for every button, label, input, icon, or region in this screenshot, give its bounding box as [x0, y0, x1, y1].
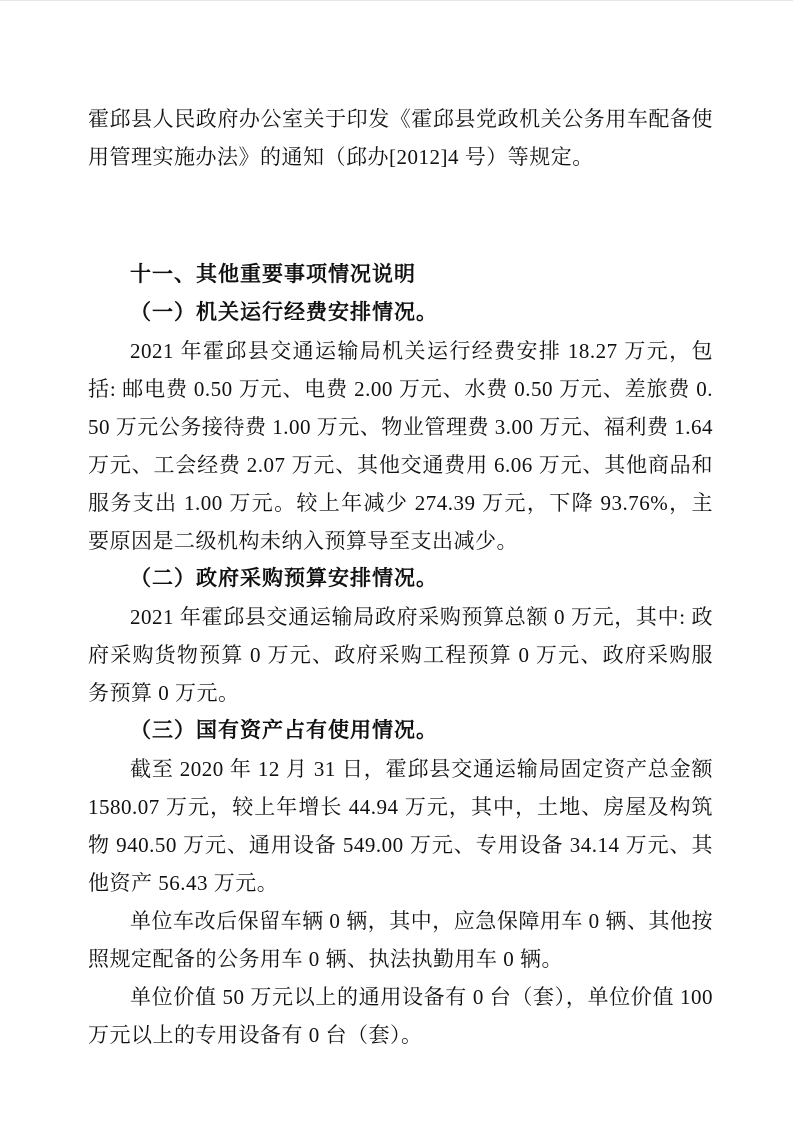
section-heading: （一）机关运行经费安排情况。 [88, 294, 713, 332]
document-page: 霍邱县人民政府办公室关于印发《霍邱县党政机关公务用车配备使用管理实施办法》的通知… [0, 0, 793, 1123]
body-paragraph: 2021 年霍邱县交通运输局政府采购预算总额 0 万元，其中: 政府采购货物预算… [88, 598, 713, 712]
blank-line [88, 197, 713, 235]
body-paragraph: 单位价值 50 万元以上的通用设备有 0 台（套），单位价值 100 万元以上的… [88, 978, 713, 1054]
section-heading: （三）国有资产占有使用情况。 [88, 712, 713, 750]
document-body: 霍邱县人民政府办公室关于印发《霍邱县党政机关公务用车配备使用管理实施办法》的通知… [88, 100, 713, 1054]
body-paragraph: 截至 2020 年 12 月 31 日，霍邱县交通运输局固定资产总金额 1580… [88, 750, 713, 902]
body-paragraph: 霍邱县人民政府办公室关于印发《霍邱县党政机关公务用车配备使用管理实施办法》的通知… [88, 100, 713, 176]
section-heading: 十一、其他重要事项情况说明 [88, 256, 713, 294]
body-paragraph: 单位车改后保留车辆 0 辆，其中，应急保障用车 0 辆、其他按照规定配备的公务用… [88, 902, 713, 978]
body-paragraph: 2021 年霍邱县交通运输局机关运行经费安排 18.27 万元，包括: 邮电费 … [88, 332, 713, 560]
section-heading: （二）政府采购预算安排情况。 [88, 560, 713, 598]
